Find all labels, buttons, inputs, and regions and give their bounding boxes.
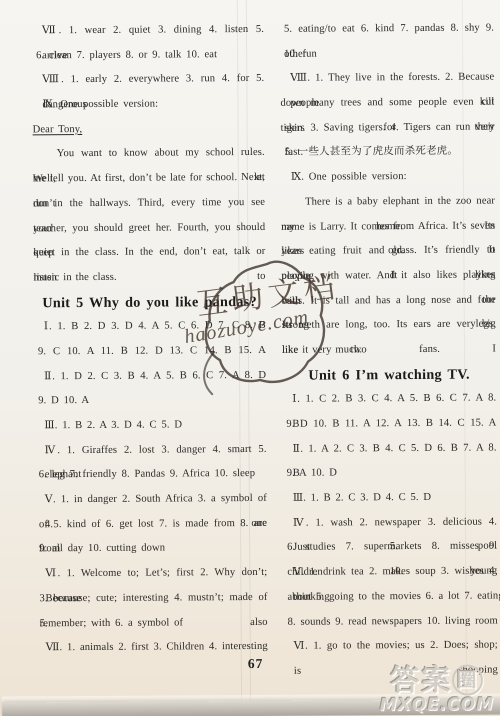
answer-line: 9. D 10. B 11. A 12. A 13. B 14. C 15. A [282, 411, 496, 437]
paragraph-line: There is a baby elephant in the zoo near… [281, 189, 495, 215]
paragraph-line: You want to know about my school rules. … [33, 141, 265, 167]
answer-line: down many trees and some people even kil… [280, 91, 494, 117]
unit6-heading: Unit 6 I’m watching TV. [282, 362, 496, 388]
answer-line: Ⅰ. 1. C 2. B 3. C 4. A 5. B 6. C 7. A 8.… [282, 387, 496, 413]
answer-line: Ⅳ. 1. wash 2. newspaper 3. delicious 4. … [283, 510, 497, 536]
paragraph-line: likes eating fruit and grass. It’s frien… [281, 239, 495, 265]
site-logo-text: 答案圈 [379, 665, 494, 697]
answer-line: about 5. going to the movies 6. a lot 7.… [283, 584, 497, 610]
site-logo: 答案圈 MXQE.COM [379, 665, 494, 716]
answer-line: Ⅰ. 1. B 2. D 3. D 4. A 5. C 6. D 7. C 8.… [34, 314, 266, 340]
paragraph-line: run in the hallways. Third, every time y… [33, 191, 265, 217]
letter-salutation: Dear Tony, [33, 117, 265, 143]
paragraph-line: teacher, you should greet her. Fourth, y… [33, 215, 265, 241]
answer-line: Ⅵ. 1. go to the movies; us 2. Does; shop… [284, 634, 498, 660]
answer-line: 9. all day 10. cutting down [35, 536, 267, 562]
paragraph-line: quiet in the class. In the end, don’t ea… [33, 240, 265, 266]
paragraph-line: Its teeth are long, too. Its ears are ve… [282, 313, 496, 339]
answer-line: skin. 3. Saving tigers. 4. Tigers can ru… [281, 115, 495, 141]
left-column: Ⅶ. 1. wear 2. quiet 3. dining 4. listen … [32, 18, 268, 661]
answer-line: Ⅱ. 1. D 2. C 3. B 4. A 5. B 6. C 7. A 8.… [34, 364, 266, 390]
answer-line: Ⅴ. 1. drink tea 2. makes soup 3. wishes … [283, 560, 497, 586]
answer-line: of 5. kind of 6. get lost 7. is made fro… [35, 512, 267, 538]
answer-line-chinese: 5. 一些人甚至为了虎皮而杀死老虎。 [281, 140, 495, 166]
paragraph-line: playing with water. And it also likes pl… [281, 263, 495, 289]
answer-line: 6. leg 7. friendly 8. Pandas 9. Africa 1… [35, 462, 267, 488]
answer-line: Ⅶ. 1. animals 2. first 3. Children 4. in… [36, 635, 268, 661]
answer-line: Ⅳ. 1. Giraffes 2. lost 3. danger 4. smar… [34, 438, 266, 464]
answer-line: Ⅲ. 1. B 2. C 3. D 4. C 5. D [283, 486, 497, 512]
answer-line: 8. sounds 9. read newspapers 10. living … [284, 609, 498, 635]
section-label: Ⅸ. One possible version: [281, 165, 495, 191]
site-logo-url: MXQE.COM [380, 696, 495, 716]
right-column: 5. eating/to eat 6. kind 7. pandas 8. sh… [280, 17, 498, 660]
answer-line: 5. eating/to eat 6. kind 7. pandas 8. sh… [280, 17, 494, 43]
logo-brand-circled: 圈 [452, 665, 483, 696]
answer-line: 9. A 10. D [283, 461, 497, 487]
answer-line: 3. because; cute; interesting 4. mustn’t… [35, 586, 267, 612]
answer-line: Ⅱ. 1. A 2. C 3. B 4. C 5. D 6. B 7. A 8.… [282, 436, 496, 462]
answer-line: Ⅷ. 1. They live in the forests. 2. Becau… [280, 66, 494, 92]
answer-line: Ⅶ. 1. wear 2. quiet 3. dining 4. listen … [32, 18, 264, 44]
answer-line: Ⅴ. 1. in danger 2. South Africa 3. a sym… [35, 487, 267, 513]
answer-line: 9. D 10. A [34, 388, 266, 414]
answer-line: Ⅷ. 1. early 2. everywhere 3. run 4. for … [32, 67, 264, 93]
answer-line: 10. fun [280, 41, 494, 67]
answer-line: Ⅲ. 1. B 2. A 3. D 4. C 5. D [34, 413, 266, 439]
paragraph-line: name is Larry. It comes from Africa. It’… [281, 214, 495, 240]
answer-line: 6. studies 7. supermarkets 8. misses 9. … [283, 535, 497, 561]
page-number: 67 [248, 656, 264, 672]
paragraph-line: balls. It is tall and has a long nose an… [282, 288, 496, 314]
scanned-page: Ⅶ. 1. wear 2. quiet 3. dining 4. listen … [0, 0, 500, 716]
paragraph-line: me tell you. At first, don’t be late for… [33, 166, 265, 192]
unit5-heading: Unit 5 Why do you like pandas? [34, 289, 266, 315]
logo-brand-prefix: 答案 [390, 663, 452, 697]
answer-line: Ⅵ. 1. Welcome to; Let’s; first 2. Why do… [35, 561, 267, 587]
answer-line: 9. C 10. A 11. B 12. D 13. C 14. B 15. A [34, 339, 266, 365]
section-label: Ⅸ. One possible version: [32, 92, 264, 118]
answer-line: 6. clean 7. players 8. or 9. talk 10. ea… [32, 43, 264, 69]
